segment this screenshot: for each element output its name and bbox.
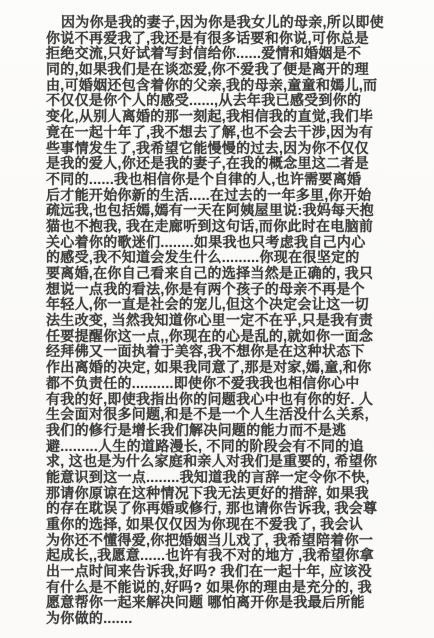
letter-line: 能意识到这一点........我知道我的言辞一定令你不快,: [46, 470, 396, 486]
letter-line: 因为你是我的妻子,因为你是我女儿的母亲,所以即使: [46, 15, 396, 31]
letter-line: 愿意帮你一起来解决问题 哪怕离开你是我最后所能: [46, 595, 396, 611]
letter-line: 关心着你的歌迷们........如果我也只考虑我自己内心: [46, 235, 396, 251]
letter-line: 那请你原谅在这种情况下我无法更好的措辞, 如果我: [46, 486, 396, 502]
letter-line: 求, 这也是为什么家庭和亲人对我们是重要的, 希望你: [46, 454, 396, 470]
letter-line: 的存在耽误了你再婚或修行, 那也请你告诉我, 我会尊: [46, 501, 396, 517]
letter-line: 出一点时间来告诉我,好吗? 我们在一起十年, 应该没: [46, 564, 396, 580]
letter-line: 疏远我,也包括嫣,嫣有一天在阿姨屋里说:我妈每天抱: [46, 203, 396, 219]
letter-line: 拒绝交流,只好试着写封信给你......爱情和婚姻是不: [46, 46, 396, 62]
letter-line: 竟在一起十年了,我不想去了解,也不会去干涉,因为有: [46, 125, 396, 141]
letter-page: 因为你是我的妻子,因为你是我女儿的母亲,所以即使你说不再爱我了,我还是有很多话要…: [0, 0, 434, 638]
letter-line: 为你做的.......: [46, 611, 396, 627]
letter-line: 经拜佛又一面执着于美容,我不想你是在这种状态下: [46, 344, 396, 360]
letter-line: 作出离婚的决定, 如果我同意了,那是对家,嫣,童,和你: [46, 360, 396, 376]
letter-line: 不仅仅是你个人的感受......,从去年我已感受到你的: [46, 93, 396, 109]
letter-line: 重你的选择, 如果仅仅因为你现在不爱我了, 我会认: [46, 517, 396, 533]
letter-line: 的感受,我不知道会发生什么.........你现在很坚定的: [46, 250, 396, 266]
letter-line: 要离婚,在你自己看来自己的选择当然是正确的, 我只: [46, 266, 396, 282]
letter-line: 变化,从别人离婚的那一刻起,我相信我的直觉,我们毕: [46, 109, 396, 125]
letter-line: 后才能开始你新的生活.....在过去的一年多里,你开始: [46, 188, 396, 204]
letter-line: 是我的爱人,你还是我的妻子,在我的概念里这二者是: [46, 156, 396, 172]
letter-line: 年轻人,你一直是社会的宠儿,但这个决定会让这一切: [46, 297, 396, 313]
letter-line: 不同的......我也相信你是个自律的人,也许需要离婚: [46, 172, 396, 188]
letter-line: 些事情发生了,我希望它能慢慢的过去,因为你不仅仅: [46, 141, 396, 157]
letter-line: 生会面对很多问题,和是不是一个人生活没什么关系,: [46, 407, 396, 423]
letter-line: 有我的好,即使我指出你的问题我心中也有你的好. 人: [46, 392, 396, 408]
letter-line: 猫也不抱我, 我在走廊听到这句话,而你此时在电脑前: [46, 219, 396, 235]
letter-line: 法生改变, 当然我知道你心里一定不在乎,只是我有责: [46, 313, 396, 329]
letter-line: 我们的修行是增长我们解决问题的能力而不是逃: [46, 423, 396, 439]
letter-body: 因为你是我的妻子,因为你是我女儿的母亲,所以即使你说不再爱我了,我还是有很多话要…: [46, 15, 396, 627]
letter-line: 起成长,,我愿意......也许有我不对的地方 ,我希望你拿: [46, 548, 396, 564]
letter-line: 都不负责任的..........即使你不爱我我也相信你心中: [46, 376, 396, 392]
letter-line: 避.........人生的道路漫长, 不同的阶段会有不同的追: [46, 439, 396, 455]
letter-line: 同的,如果我们是在谈恋爱,你不爱我了便是离开的理: [46, 62, 396, 78]
